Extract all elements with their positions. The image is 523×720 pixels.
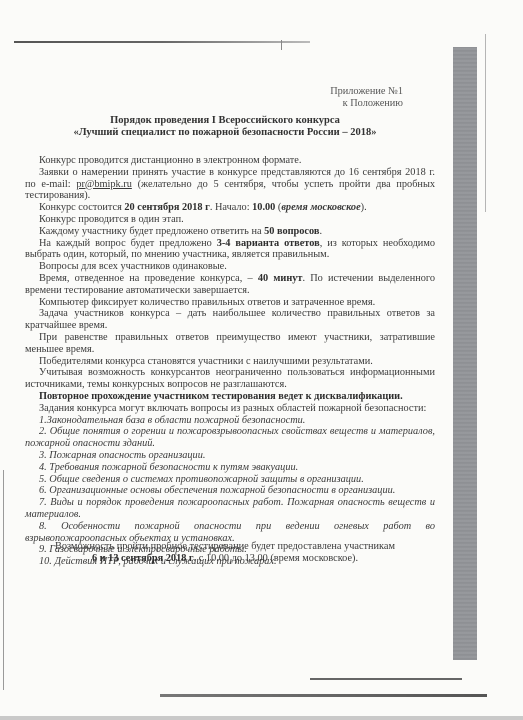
text: Каждому участнику будет предложено ответ… xyxy=(39,226,264,237)
scan-artifact-vertical-line xyxy=(485,34,486,212)
footer-line-1: Возможность пройти пробное тестирование … xyxy=(40,541,410,553)
paragraph-topics-intro: Задания конкурса могут включать вопросы … xyxy=(25,403,435,415)
appendix-line-1: Приложение №1 xyxy=(330,86,403,98)
paragraph-format: Конкурс проводится дистанционно в электр… xyxy=(25,155,435,167)
scan-artifact-bottom-rule xyxy=(310,678,462,680)
scan-artifact-bottom-edge xyxy=(0,716,523,720)
paragraph-stages: Конкурс проводится в один этап. xyxy=(25,214,435,226)
text: Время, отведенное на проведение конкурса… xyxy=(39,273,258,284)
time-limit: 40 минут xyxy=(258,273,303,284)
paragraph-date: Конкурс состоится 20 сентября 2018 г. На… xyxy=(25,202,435,214)
trial-testing-note: Возможность пройти пробное тестирование … xyxy=(40,541,410,565)
text: . Начало: xyxy=(210,202,252,213)
scan-artifact-bottom-rule-2 xyxy=(160,694,487,697)
question-count: 50 вопросов xyxy=(264,226,319,237)
paragraph-topics-secret: Учитывая возможность конкурсантов неогра… xyxy=(25,367,435,391)
paragraph-tiebreak: При равенстве правильных ответов преимущ… xyxy=(25,332,435,356)
scan-artifact-left-edge xyxy=(3,470,4,690)
footer-line-2: 6 и 13 сентября 2018 г. с 10.00 до 13.00… xyxy=(40,553,410,565)
answer-options: 3-4 варианта ответов xyxy=(217,238,320,249)
text: Конкурс состоится xyxy=(39,202,124,213)
title-line-1: Порядок проведения I Всероссийского конк… xyxy=(40,115,410,127)
paragraph-task: Задача участников конкурса – дать наибол… xyxy=(25,308,435,332)
paragraph-disqualification: Повторное прохождение участником тестиро… xyxy=(25,391,435,403)
timezone: время московское xyxy=(281,202,360,213)
text: ). xyxy=(361,202,367,213)
text: . с 10.00 до 13.00 (время московское). xyxy=(194,553,358,564)
appendix-line-2: к Положению xyxy=(330,98,403,110)
topic-item: 4. Требования пожарной безопасности к пу… xyxy=(25,462,435,474)
topic-item: 2. Общие понятия о горении и пожаровзрыв… xyxy=(25,426,435,450)
scan-artifact-top-rule xyxy=(14,41,310,43)
paragraph-applications: Заявки о намерении принять участие в кон… xyxy=(25,167,435,202)
topic-item: 6. Организационные основы обеспечения по… xyxy=(25,485,435,497)
topic-item: 1.Законодательная база в области пожарно… xyxy=(25,415,435,427)
email-link[interactable]: pr@bmipk.ru xyxy=(76,179,132,190)
paragraph-winners: Победителями конкурса становятся участни… xyxy=(25,356,435,368)
contest-date: 20 сентября 2018 г xyxy=(124,202,209,213)
topic-item: 3. Пожарная опасность организации. xyxy=(25,450,435,462)
scan-artifact-tick xyxy=(281,40,282,50)
text: . xyxy=(319,226,322,237)
paragraph-recording: Компьютер фиксирует количество правильны… xyxy=(25,297,435,309)
document-body: Конкурс проводится дистанционно в электр… xyxy=(25,155,435,568)
document-title: Порядок проведения I Всероссийского конк… xyxy=(40,115,410,139)
contest-time: 10.00 xyxy=(252,202,275,213)
paragraph-time-limit: Время, отведенное на проведение конкурса… xyxy=(25,273,435,297)
paragraph-answers: На каждый вопрос будет предложено 3-4 ва… xyxy=(25,238,435,262)
title-line-2: «Лучший специалист по пожарной безопасно… xyxy=(40,127,410,139)
paragraph-questions: Каждому участнику будет предложено ответ… xyxy=(25,226,435,238)
topic-item: 5. Общие сведения о системах противопожа… xyxy=(25,474,435,486)
text: На каждый вопрос будет предложено xyxy=(39,238,217,249)
scanned-page: Приложение №1 к Положению Порядок провед… xyxy=(0,0,523,720)
trial-dates: 6 и 13 сентября 2018 г xyxy=(92,553,194,564)
scan-artifact-gray-band xyxy=(453,47,477,660)
paragraph-same-questions: Вопросы для всех участников одинаковые. xyxy=(25,261,435,273)
topic-item: 7. Виды и порядок проведения пожароопасн… xyxy=(25,497,435,521)
appendix-label: Приложение №1 к Положению xyxy=(330,86,403,110)
